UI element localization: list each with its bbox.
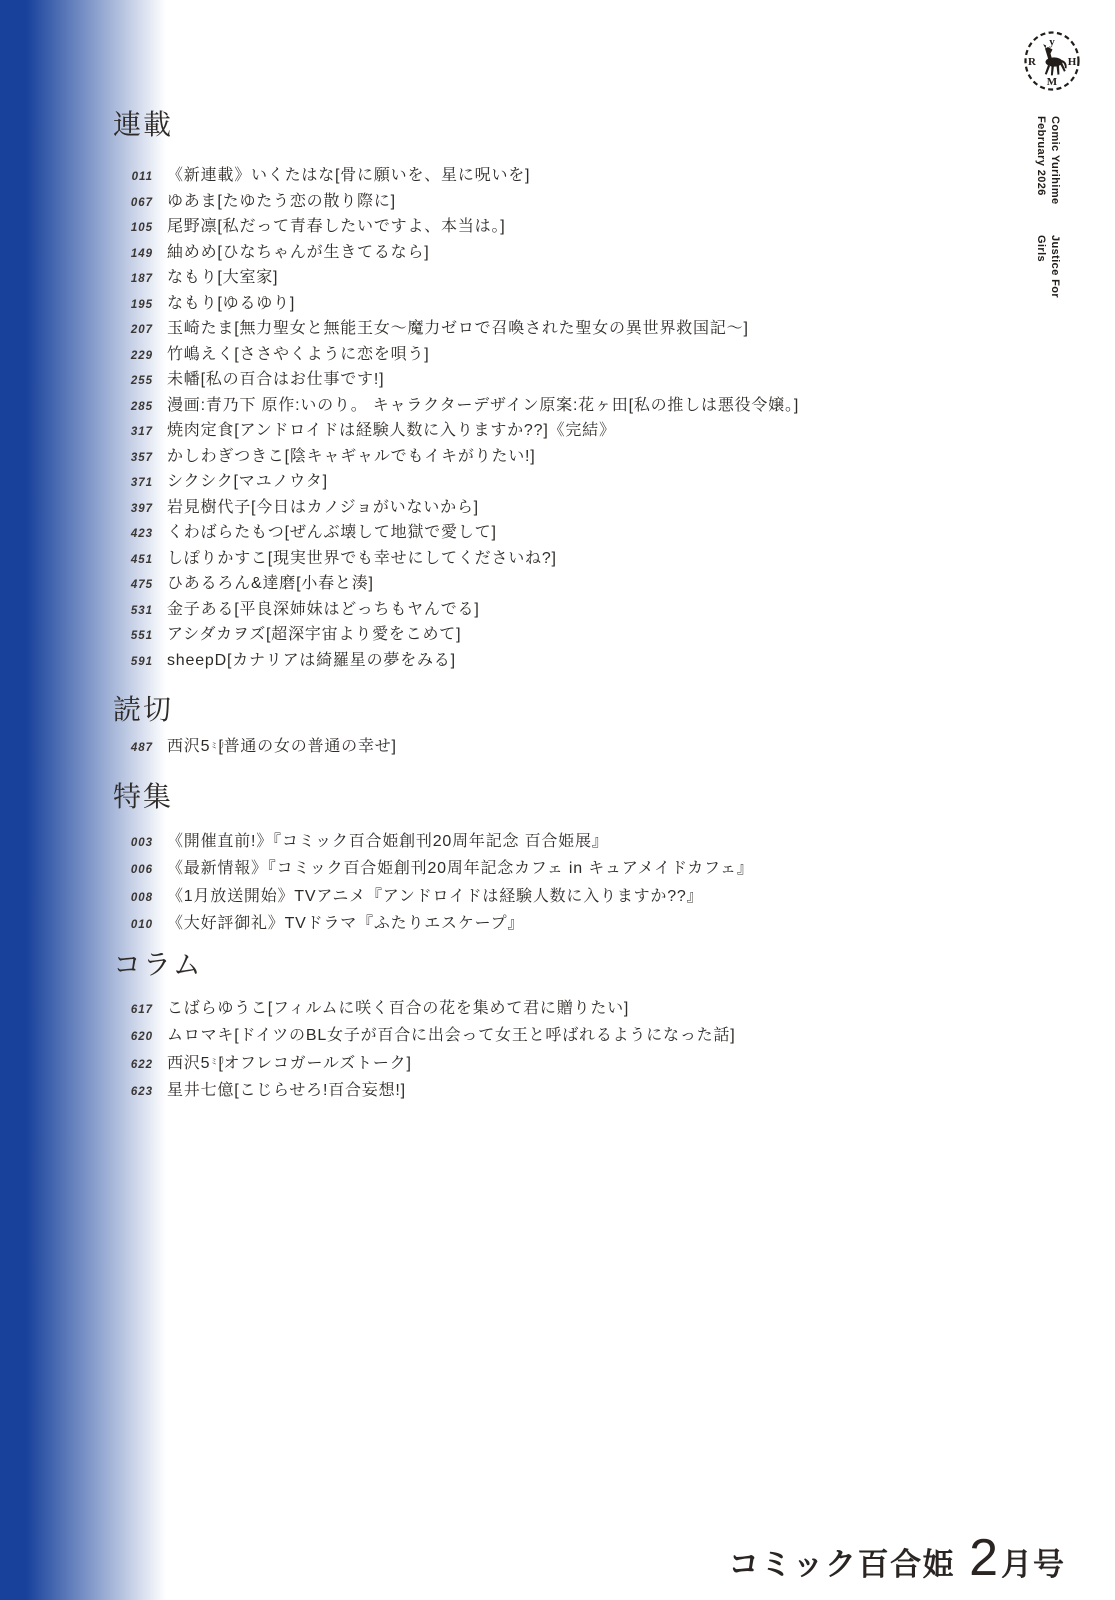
entry-page-number: 617 [113,1004,153,1016]
entry-text: しぽりかすこ[現実世界でも幸せにしてくださいね?] [167,550,557,567]
entry-title: シクシク[マユノウタ] [167,468,328,491]
entry-title: ムロマキ[ドイツのBL女子が百合に出会って女王と呼ばれるようになった話] [167,1022,735,1045]
vertical-text-issue-date: February 2026 [1034,116,1048,235]
entry-text: sheepD[カナリアは綺羅星の夢をみる] [167,652,456,669]
oneshot-entries: 487西沢5ミリ[普通の女の普通の幸せ] [113,733,933,761]
toc-entry: 475ひあるろん&達磨[小春と湊] [113,570,933,596]
issue-number: 2 [969,1528,998,1588]
toc-entry: 531金子ある[平良深姉妹はどっちもヤんでる] [113,596,933,622]
toc-entry: 617こばらゆうこ[フィルムに咲く百合の花を集めて君に贈りたい] [113,995,933,1023]
entry-title: 《最新情報》『コミック百合姫創刊20周年記念カフェ in キュアメイドカフェ』 [167,855,754,878]
section-oneshot: 読切 487西沢5ミリ[普通の女の普通の幸せ] [113,695,933,761]
toc-entry: 255未幡[私の百合はお仕事です!] [113,366,933,392]
entry-text: 《最新情報》『コミック百合姫創刊20周年記念カフェ in キュアメイドカフェ』 [167,860,754,877]
entry-page-number: 475 [113,579,153,591]
entry-page-number: 003 [113,837,153,849]
toc-entry: 187なもり[大室家] [113,264,933,290]
entry-page-number: 229 [113,350,153,362]
toc-entry: 003《開催直前!》『コミック百合姫創刊20周年記念 百合姫展』 [113,828,933,856]
toc-entry: 207玉崎たま[無力聖女と無能王女〜魔力ゼロで召喚された聖女の異世界救国記〜] [113,315,933,341]
vertical-brand-text: Comic Yurihime Justice For February 2026… [1034,116,1061,331]
section-heading-features: 特集 [113,782,933,812]
entry-text: 西沢5 [167,738,210,755]
entry-title: 《新連載》いくたはな[骨に願いを、星に呪いを] [167,162,530,185]
entry-page-number: 285 [113,401,153,413]
entry-title: こばらゆうこ[フィルムに咲く百合の花を集めて君に贈りたい] [167,995,629,1018]
logo-letter-left: R [1028,56,1037,68]
toc-entry: 423くわばらたもつ[ぜんぶ壊して地獄で愛して] [113,519,933,545]
toc-entry: 487西沢5ミリ[普通の女の普通の幸せ] [113,733,933,761]
entry-text: ムロマキ[ドイツのBL女子が百合に出会って女王と呼ばれるようになった話] [167,1027,735,1044]
issue-title: コミック百合姫 2 月号 [728,1528,1065,1588]
section-heading-serials: 連載 [113,110,933,140]
vertical-text-row-2: February 2026 Girls [1034,116,1048,331]
entry-title: 西沢5ミリ[オフレコガールズトーク] [167,1050,412,1073]
entry-text: アシダカヲズ[超深宇宙より愛をこめて] [167,626,461,643]
toc-entry: 451しぽりかすこ[現実世界でも幸せにしてくださいね?] [113,545,933,571]
toc-entry: 622西沢5ミリ[オフレコガールズトーク] [113,1050,933,1078]
vertical-text-slogan-2: Girls [1034,235,1048,262]
entry-title: 《1月放送開始》TVアニメ『アンドロイドは経験人数に入りますか??』 [167,883,703,906]
toc-entry: 010《大好評御礼》TVドラマ『ふたりエスケープ』 [113,910,933,938]
entry-page-number: 551 [113,630,153,642]
entry-text: 《開催直前!》『コミック百合姫創刊20周年記念 百合姫展』 [167,833,609,850]
entry-page-number: 207 [113,324,153,336]
entry-text: かしわぎつきこ[陰キャギャルでもイキがりたい!] [167,448,536,465]
entry-page-number: 423 [113,528,153,540]
entry-page-number: 397 [113,503,153,515]
toc-entry: 551アシダカヲズ[超深宇宙より愛をこめて] [113,621,933,647]
entry-page-number: 620 [113,1031,153,1043]
magazine-name: コミック百合姫 [728,1539,955,1584]
entry-title: 西沢5ミリ[普通の女の普通の幸せ] [167,733,397,756]
entry-title: しぽりかすこ[現実世界でも幸せにしてくださいね?] [167,545,557,568]
entry-page-number: 149 [113,248,153,260]
entry-text: 西沢5 [167,1055,210,1072]
entry-title: 玉崎たま[無力聖女と無能王女〜魔力ゼロで召喚された聖女の異世界救国記〜] [167,315,749,338]
entry-title: 焼肉定食[アンドロイドは経験人数に入りますか??]《完結》 [167,417,616,440]
entry-page-number: 531 [113,605,153,617]
toc-entry: 620ムロマキ[ドイツのBL女子が百合に出会って女王と呼ばれるようになった話] [113,1022,933,1050]
entry-text: 金子ある[平良深姉妹はどっちもヤんでる] [167,601,480,618]
vertical-text-slogan-1: Justice For [1048,235,1062,298]
logo-letter-top: y [1049,36,1055,48]
entry-title: 尾野凛[私だって青春したいですよ、本当は。] [167,213,506,236]
entry-page-number: 105 [113,222,153,234]
entry-text: 岩見樹代子[今日はカノジョがいないから] [167,499,479,516]
entry-text: ひあるろん&達磨[小春と湊] [167,575,374,592]
entry-title: 岩見樹代子[今日はカノジョがいないから] [167,494,479,517]
entry-page-number: 008 [113,892,153,904]
features-entries: 003《開催直前!》『コミック百合姫創刊20周年記念 百合姫展』 006《最新情… [113,828,933,938]
horse-icon [1043,44,1067,75]
entry-title: かしわぎつきこ[陰キャギャルでもイキがりたい!] [167,443,536,466]
entry-text: 漫画:青乃下 原作:いのり。 キャラクターデザイン原案:花ヶ田[私の推しは悪役令… [167,397,799,414]
entry-page-number: 487 [113,742,153,754]
entry-page-number: 006 [113,864,153,876]
entry-title: 未幡[私の百合はお仕事です!] [167,366,384,389]
entry-text: シクシク[マユノウタ] [167,473,328,490]
entry-text: こばらゆうこ[フィルムに咲く百合の花を集めて君に贈りたい] [167,1000,629,1017]
entry-page-number: 067 [113,197,153,209]
section-features: 特集 003《開催直前!》『コミック百合姫創刊20周年記念 百合姫展』 006《… [113,782,933,938]
entry-text: 星井七億[こじらせろ!百合妄想!] [167,1082,406,1099]
entry-text: 紬めめ[ひなちゃんが生きてるなら] [167,244,430,261]
entry-title: アシダカヲズ[超深宇宙より愛をこめて] [167,621,461,644]
entry-text: 《1月放送開始》TVアニメ『アンドロイドは経験人数に入りますか??』 [167,888,703,905]
entry-page-number: 010 [113,919,153,931]
entry-text: 《新連載》いくたはな[骨に願いを、星に呪いを] [167,167,530,184]
entry-page-number: 011 [113,171,153,183]
section-serials: 連載 011《新連載》いくたはな[骨に願いを、星に呪いを] 067ゆあま[たゆた… [113,110,933,672]
entry-title: sheepD[カナリアは綺羅星の夢をみる] [167,647,456,670]
entry-page-number: 357 [113,452,153,464]
entry-text: 玉崎たま[無力聖女と無能王女〜魔力ゼロで召喚された聖女の異世界救国記〜] [167,320,749,337]
entry-page-number: 255 [113,375,153,387]
toc-entry: 357かしわぎつきこ[陰キャギャルでもイキがりたい!] [113,443,933,469]
toc-entry: 285漫画:青乃下 原作:いのり。 キャラクターデザイン原案:花ヶ田[私の推しは… [113,392,933,418]
toc-entry: 105尾野凛[私だって青春したいですよ、本当は。] [113,213,933,239]
logo-svg: y R H M [1021,29,1083,93]
toc-entry: 371シクシク[マユノウタ] [113,468,933,494]
toc-entry: 149紬めめ[ひなちゃんが生きてるなら] [113,239,933,265]
entry-title: 《大好評御礼》TVドラマ『ふたりエスケープ』 [167,910,524,933]
section-columns: コラム 617こばらゆうこ[フィルムに咲く百合の花を集めて君に贈りたい] 620… [113,950,933,1105]
entry-title: ひあるろん&達磨[小春と湊] [167,570,374,593]
entry-title: 星井七億[こじらせろ!百合妄想!] [167,1077,406,1100]
columns-entries: 617こばらゆうこ[フィルムに咲く百合の花を集めて君に贈りたい] 620ムロマキ… [113,995,933,1105]
entry-text: 焼肉定食[アンドロイドは経験人数に入りますか??]《完結》 [167,422,616,439]
toc-entry: 195なもり[ゆるゆり] [113,290,933,316]
toc-entry: 011《新連載》いくたはな[骨に願いを、星に呪いを] [113,162,933,188]
entry-text: くわばらたもつ[ぜんぶ壊して地獄で愛して] [167,524,497,541]
entry-text: 竹嶋えく[ささやくように恋を唄う] [167,346,430,363]
entry-title: なもり[大室家] [167,264,278,287]
entry-title: なもり[ゆるゆり] [167,290,295,313]
entry-page-number: 591 [113,656,153,668]
entry-page-number: 622 [113,1059,153,1071]
section-heading-columns: コラム [113,950,933,980]
vertical-text-row-1: Comic Yurihime Justice For [1048,116,1062,331]
entry-title: ゆあま[たゆたう恋の散り際に] [167,188,396,211]
entry-title: 漫画:青乃下 原作:いのり。 キャラクターデザイン原案:花ヶ田[私の推しは悪役令… [167,392,799,415]
entry-text: なもり[ゆるゆり] [167,295,295,312]
entry-title: くわばらたもつ[ぜんぶ壊して地獄で愛して] [167,519,497,542]
entry-text: なもり[大室家] [167,269,278,286]
toc-entry: 008《1月放送開始》TVアニメ『アンドロイドは経験人数に入りますか??』 [113,883,933,911]
toc-entry: 397岩見樹代子[今日はカノジョがいないから] [113,494,933,520]
entry-page-number: 195 [113,299,153,311]
entry-title: 竹嶋えく[ささやくように恋を唄う] [167,341,430,364]
entry-page-number: 451 [113,554,153,566]
entry-text-post: [普通の女の普通の幸せ] [218,738,397,755]
entry-text-post: [オフレコガールズトーク] [218,1055,411,1072]
toc-entry: 229竹嶋えく[ささやくように恋を唄う] [113,341,933,367]
issue-suffix: 月号 [1001,1539,1065,1584]
yurihime-horse-logo: y R H M [1021,29,1083,93]
table-of-contents: 連載 011《新連載》いくたはな[骨に願いを、星に呪いを] 067ゆあま[たゆた… [113,110,933,1105]
serials-entries: 011《新連載》いくたはな[骨に願いを、星に呪いを] 067ゆあま[たゆたう恋の… [113,162,933,672]
toc-entry: 317焼肉定食[アンドロイドは経験人数に入りますか??]《完結》 [113,417,933,443]
entry-text: 尾野凛[私だって青春したいですよ、本当は。] [167,218,506,235]
entry-text: 《大好評御礼》TVドラマ『ふたりエスケープ』 [167,915,524,932]
vertical-text-magazine: Comic Yurihime [1048,116,1062,235]
toc-entry: 591sheepD[カナリアは綺羅星の夢をみる] [113,647,933,673]
entry-page-number: 623 [113,1086,153,1098]
toc-entry: 623星井七億[こじらせろ!百合妄想!] [113,1077,933,1105]
section-heading-oneshot: 読切 [113,695,933,725]
entry-title: 金子ある[平良深姉妹はどっちもヤんでる] [167,596,480,619]
entry-text: 未幡[私の百合はお仕事です!] [167,371,384,388]
entry-title: 《開催直前!》『コミック百合姫創刊20周年記念 百合姫展』 [167,828,609,851]
toc-entry: 006《最新情報》『コミック百合姫創刊20周年記念カフェ in キュアメイドカフ… [113,855,933,883]
logo-letter-right: H [1068,56,1077,68]
entry-text: ゆあま[たゆたう恋の散り際に] [167,193,396,210]
entry-page-number: 187 [113,273,153,285]
entry-page-number: 371 [113,477,153,489]
entry-page-number: 317 [113,426,153,438]
logo-letter-bottom: M [1047,76,1058,88]
entry-title: 紬めめ[ひなちゃんが生きてるなら] [167,239,430,262]
toc-entry: 067ゆあま[たゆたう恋の散り際に] [113,188,933,214]
